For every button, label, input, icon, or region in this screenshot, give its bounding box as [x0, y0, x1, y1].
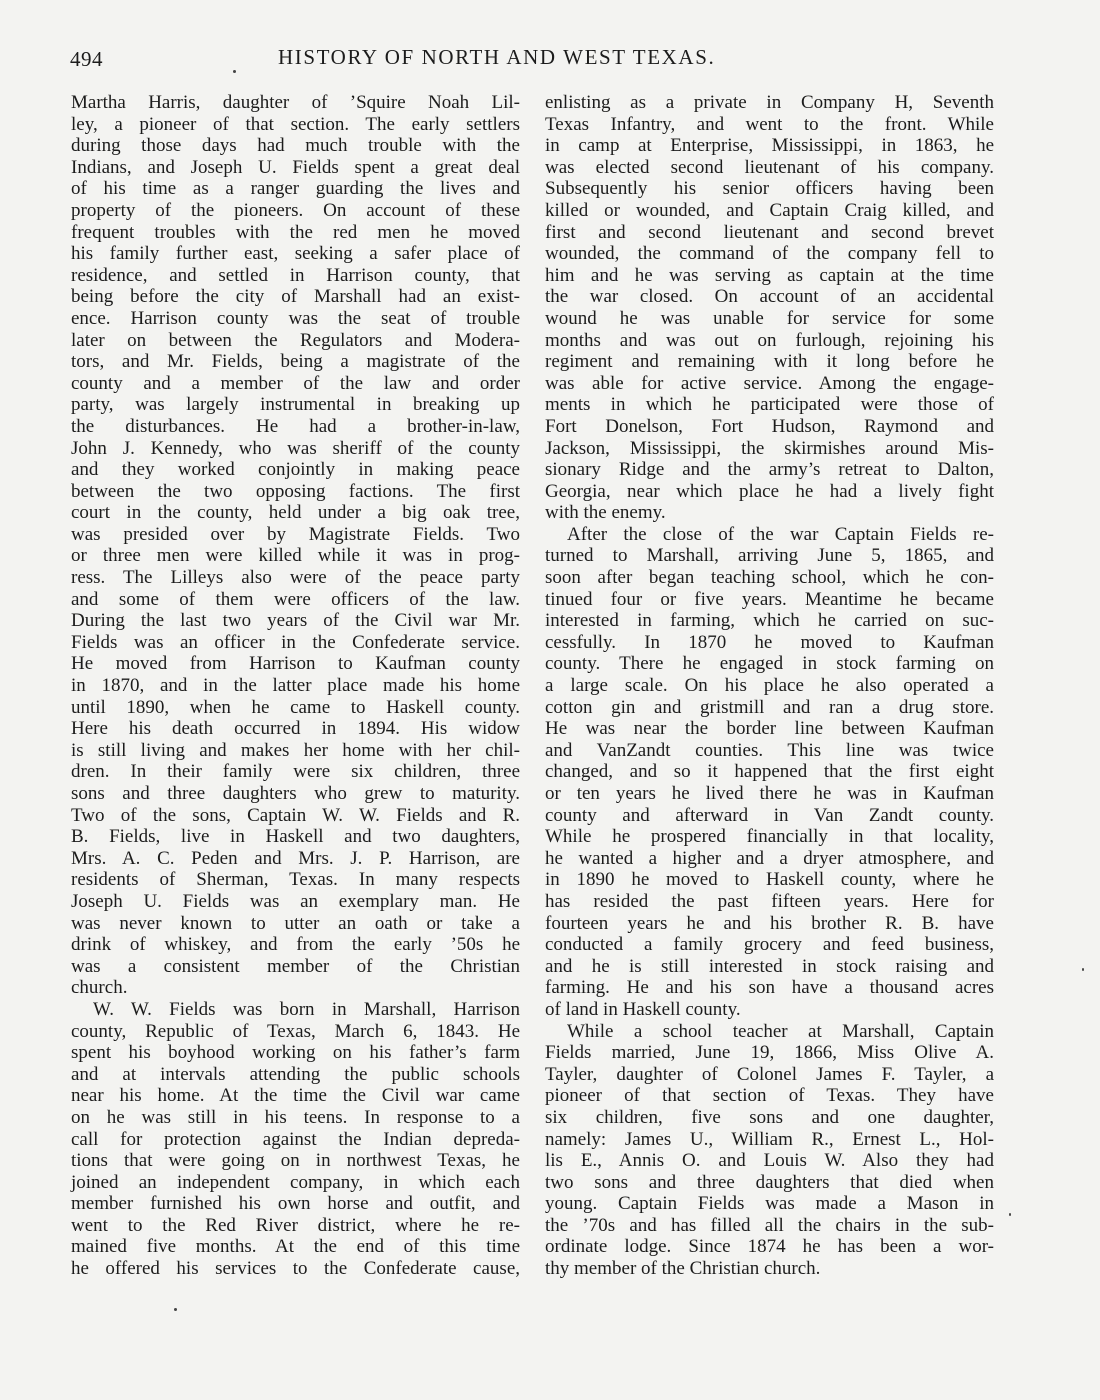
text-line: B. Fields, live in Haskell and two daugh…: [71, 826, 520, 848]
text-line: enlisting as a private in Company H, Sev…: [545, 92, 994, 114]
text-line: and at intervals attending the public sc…: [71, 1064, 520, 1086]
text-line: county. There he engaged in stock farmin…: [545, 653, 994, 675]
text-line: farming. He and his son have a thousand …: [545, 977, 994, 999]
text-line: conducted a family grocery and feed busi…: [545, 934, 994, 956]
text-line: He was near the border line between Kauf…: [545, 718, 994, 740]
text-line: with the enemy.: [545, 502, 994, 524]
scan-speck: [1009, 1213, 1011, 1216]
text-line: killed or wounded, and Captain Craig kil…: [545, 200, 994, 222]
text-line: joined an independent company, in which …: [71, 1172, 520, 1194]
text-line: Fort Donelson, Fort Hudson, Raymond and: [545, 416, 994, 438]
text-line: frequent troubles with the red men he mo…: [71, 222, 520, 244]
text-line: Georgia, near which place he had a livel…: [545, 481, 994, 503]
text-line: ley, a pioneer of that section. The earl…: [71, 114, 520, 136]
text-line: his family further east, seeking a safer…: [71, 243, 520, 265]
text-line: mained five months. At the end of this t…: [71, 1236, 520, 1258]
text-line: ments in which he participated were thos…: [545, 394, 994, 416]
text-line: him and he was serving as captain at the…: [545, 265, 994, 287]
text-line: tors, and Mr. Fields, being a magistrate…: [71, 351, 520, 373]
text-line: Texas Infantry, and went to the front. W…: [545, 114, 994, 136]
text-line: was never known to utter an oath or take…: [71, 913, 520, 935]
text-line: was presided over by Magistrate Fields. …: [71, 524, 520, 546]
text-line: John J. Kennedy, who was sheriff of the …: [71, 438, 520, 460]
text-line: turned to Marshall, arriving June 5, 186…: [545, 545, 994, 567]
text-line: During the last two years of the Civil w…: [71, 610, 520, 632]
text-line: drink of whiskey, and from the early ’50…: [71, 934, 520, 956]
text-line: was elected second lieutenant of his com…: [545, 157, 994, 179]
text-line: interested in farming, which he carried …: [545, 610, 994, 632]
text-line: He moved from Harrison to Kaufman county: [71, 653, 520, 675]
text-line: tions that were going on in northwest Te…: [71, 1150, 520, 1172]
text-line: Two of the sons, Captain W. W. Fields an…: [71, 805, 520, 827]
text-line: changed, and so it happened that the fir…: [545, 761, 994, 783]
text-line: county and a member of the law and order: [71, 373, 520, 395]
text-line: and some of them were officers of the la…: [71, 589, 520, 611]
text-line: first and second lieutenant and second b…: [545, 222, 994, 244]
text-line: the ’70s and has filled all the chairs i…: [545, 1215, 994, 1237]
text-line: he wanted a higher and a dryer atmospher…: [545, 848, 994, 870]
page-number: 494: [70, 47, 103, 72]
text-line: ordinate lodge. Since 1874 he has been a…: [545, 1236, 994, 1258]
text-line: church.: [71, 977, 520, 999]
text-line: fourteen years he and his brother R. B. …: [545, 913, 994, 935]
text-line: in camp at Enterprise, Mississippi, in 1…: [545, 135, 994, 157]
scan-speck: [174, 1308, 177, 1311]
text-line: went to the Red River district, where he…: [71, 1215, 520, 1237]
text-line: property of the pioneers. On account of …: [71, 200, 520, 222]
text-line: has resided the past fifteen years. Here…: [545, 891, 994, 913]
text-line: in 1890 he moved to Haskell county, wher…: [545, 869, 994, 891]
text-line: dren. In their family were six children,…: [71, 761, 520, 783]
text-line: is still living and makes her home with …: [71, 740, 520, 762]
scan-speck: [1082, 968, 1084, 971]
text-line: spent his boyhood working on his father’…: [71, 1042, 520, 1064]
text-line: court in the county, held under a big oa…: [71, 502, 520, 524]
text-line: Tayler, daughter of Colonel James F. Tay…: [545, 1064, 994, 1086]
text-line: ence. Harrison county was the seat of tr…: [71, 308, 520, 330]
text-line: in 1870, and in the latter place made hi…: [71, 675, 520, 697]
text-line: wounded, the command of the company fell…: [545, 243, 994, 265]
text-line: Jackson, Mississippi, the skirmishes aro…: [545, 438, 994, 460]
text-line: cessfully. In 1870 he moved to Kaufman: [545, 632, 994, 654]
text-line: county, Republic of Texas, March 6, 1843…: [71, 1021, 520, 1043]
scan-speck: [233, 70, 236, 73]
text-line: ress. The Lilleys also were of the peace…: [71, 567, 520, 589]
text-line: being before the city of Marshall had an…: [71, 286, 520, 308]
text-line: wound he was unable for service for some: [545, 308, 994, 330]
text-line: later on between the Regulators and Mode…: [71, 330, 520, 352]
text-line: the war closed. On account of an acciden…: [545, 286, 994, 308]
text-line: party, was largely instrumental in break…: [71, 394, 520, 416]
text-line: thy member of the Christian church.: [545, 1258, 994, 1280]
text-line: near his home. At the time the Civil war…: [71, 1085, 520, 1107]
text-line: two sons and three daughters that died w…: [545, 1172, 994, 1194]
text-line: tinued four or five years. Meantime he b…: [545, 589, 994, 611]
text-line: member furnished his own horse and outfi…: [71, 1193, 520, 1215]
text-line: Martha Harris, daughter of ’Squire Noah …: [71, 92, 520, 114]
text-line: young. Captain Fields was made a Mason i…: [545, 1193, 994, 1215]
text-line: While he prospered financially in that l…: [545, 826, 994, 848]
text-line: regiment and remaining with it long befo…: [545, 351, 994, 373]
text-line: lis E., Annis O. and Louis W. Also they …: [545, 1150, 994, 1172]
text-line: residents of Sherman, Texas. In many res…: [71, 869, 520, 891]
text-line: Subsequently his senior officers having …: [545, 178, 994, 200]
text-line: Joseph U. Fields was an exemplary man. H…: [71, 891, 520, 913]
text-line: While a school teacher at Marshall, Capt…: [545, 1021, 994, 1043]
text-line: Fields married, June 19, 1866, Miss Oliv…: [545, 1042, 994, 1064]
right-column: enlisting as a private in Company H, Sev…: [545, 92, 994, 1280]
text-line: six children, five sons and one daughter…: [545, 1107, 994, 1129]
text-line: call for protection against the Indian d…: [71, 1129, 520, 1151]
text-line: of land in Haskell county.: [545, 999, 994, 1021]
text-line: Fields was an officer in the Confederate…: [71, 632, 520, 654]
text-line: months and was out on furlough, rejoinin…: [545, 330, 994, 352]
text-line: or ten years he lived there he was in Ka…: [545, 783, 994, 805]
text-line: he offered his services to the Confedera…: [71, 1258, 520, 1280]
left-column: Martha Harris, daughter of ’Squire Noah …: [71, 92, 520, 1280]
running-head: HISTORY OF NORTH AND WEST TEXAS.: [278, 45, 715, 70]
text-line: and VanZandt counties. This line was twi…: [545, 740, 994, 762]
text-line: Here his death occurred in 1894. His wid…: [71, 718, 520, 740]
text-line: soon after began teaching school, which …: [545, 567, 994, 589]
text-line: of his time as a ranger guarding the liv…: [71, 178, 520, 200]
text-line: W. W. Fields was born in Marshall, Harri…: [71, 999, 520, 1021]
text-line: was a consistent member of the Christian: [71, 956, 520, 978]
text-line: was able for active service. Among the e…: [545, 373, 994, 395]
text-line: cotton gin and gristmill and ran a drug …: [545, 697, 994, 719]
text-line: a large scale. On his place he also oper…: [545, 675, 994, 697]
text-line: sons and three daughters who grew to mat…: [71, 783, 520, 805]
text-line: between the two opposing factions. The f…: [71, 481, 520, 503]
text-line: county and afterward in Van Zandt county…: [545, 805, 994, 827]
text-line: Mrs. A. C. Peden and Mrs. J. P. Harrison…: [71, 848, 520, 870]
text-line: After the close of the war Captain Field…: [545, 524, 994, 546]
text-line: or three men were killed while it was in…: [71, 545, 520, 567]
text-line: Indians, and Joseph U. Fields spent a gr…: [71, 157, 520, 179]
text-line: and he is still interested in stock rais…: [545, 956, 994, 978]
text-line: namely: James U., William R., Ernest L.,…: [545, 1129, 994, 1151]
text-line: on he was still in his teens. In respons…: [71, 1107, 520, 1129]
text-line: sionary Ridge and the army’s retreat to …: [545, 459, 994, 481]
text-line: pioneer of that section of Texas. They h…: [545, 1085, 994, 1107]
text-line: until 1890, when he came to Haskell coun…: [71, 697, 520, 719]
text-line: the disturbances. He had a brother-in-la…: [71, 416, 520, 438]
text-line: residence, and settled in Harrison count…: [71, 265, 520, 287]
text-line: during those days had much trouble with …: [71, 135, 520, 157]
text-line: and they worked conjointly in making pea…: [71, 459, 520, 481]
